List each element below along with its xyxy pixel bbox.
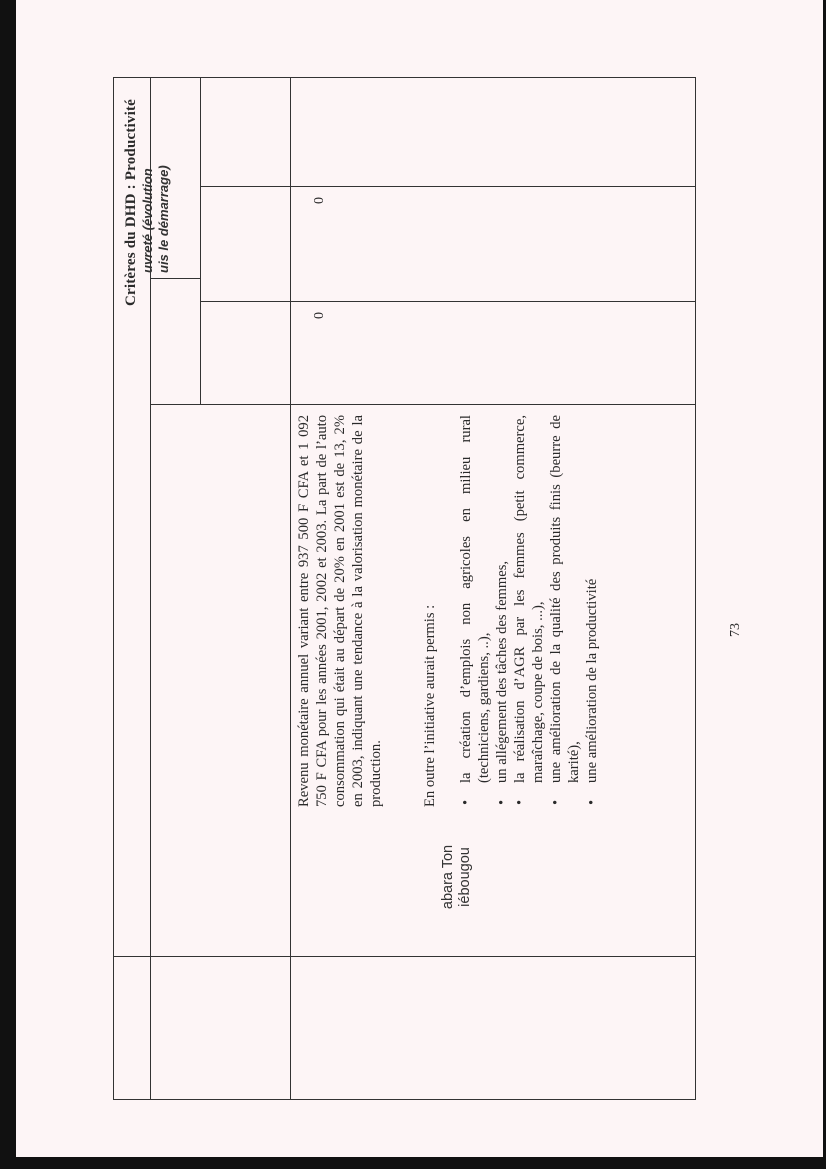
poverty-evolution-header: uvreté (évolution uis le démarrage) — [140, 3, 190, 279]
locality-name: abara Ton iébougou — [440, 797, 474, 957]
list-item: •un allégement des tâches des femmes, — [493, 415, 511, 807]
poverty-header-line-2: uis le démarrage) — [156, 3, 172, 273]
poverty-header-line-1: uvreté (évolution — [140, 3, 156, 273]
page-number: 73 — [728, 610, 744, 650]
income-paragraph: Revenu monétaire annuel variant entre 93… — [295, 415, 385, 807]
benefits-list: •la création d’emplois non agricoles en … — [457, 415, 601, 807]
productivity-description: Revenu monétaire annuel variant entre 93… — [295, 415, 601, 807]
intro-line: En outre l’initiative aurait permis : — [421, 415, 439, 807]
bullet-icon: • — [457, 800, 475, 805]
bullet-icon: • — [493, 800, 511, 805]
poverty-value-1: 0 — [312, 312, 328, 319]
list-item: •la réalisation d’AGR par les femmes (pe… — [511, 415, 547, 807]
bullet-icon: • — [547, 800, 565, 805]
bullet-icon: • — [511, 800, 529, 805]
list-item: •une amélioration de la qualité des prod… — [547, 415, 583, 807]
locality-line-1: abara Ton — [440, 797, 457, 957]
list-item: •la création d’emplois non agricoles en … — [457, 415, 493, 807]
rotated-page: Critères du DHD : Productivité uvreté (é… — [0, 0, 826, 1169]
bullet-icon: • — [583, 800, 601, 805]
poverty-value-2: 0 — [312, 197, 328, 204]
list-item: •une amélioration de la productivité — [583, 415, 601, 807]
locality-line-2: iébougou — [457, 797, 474, 957]
